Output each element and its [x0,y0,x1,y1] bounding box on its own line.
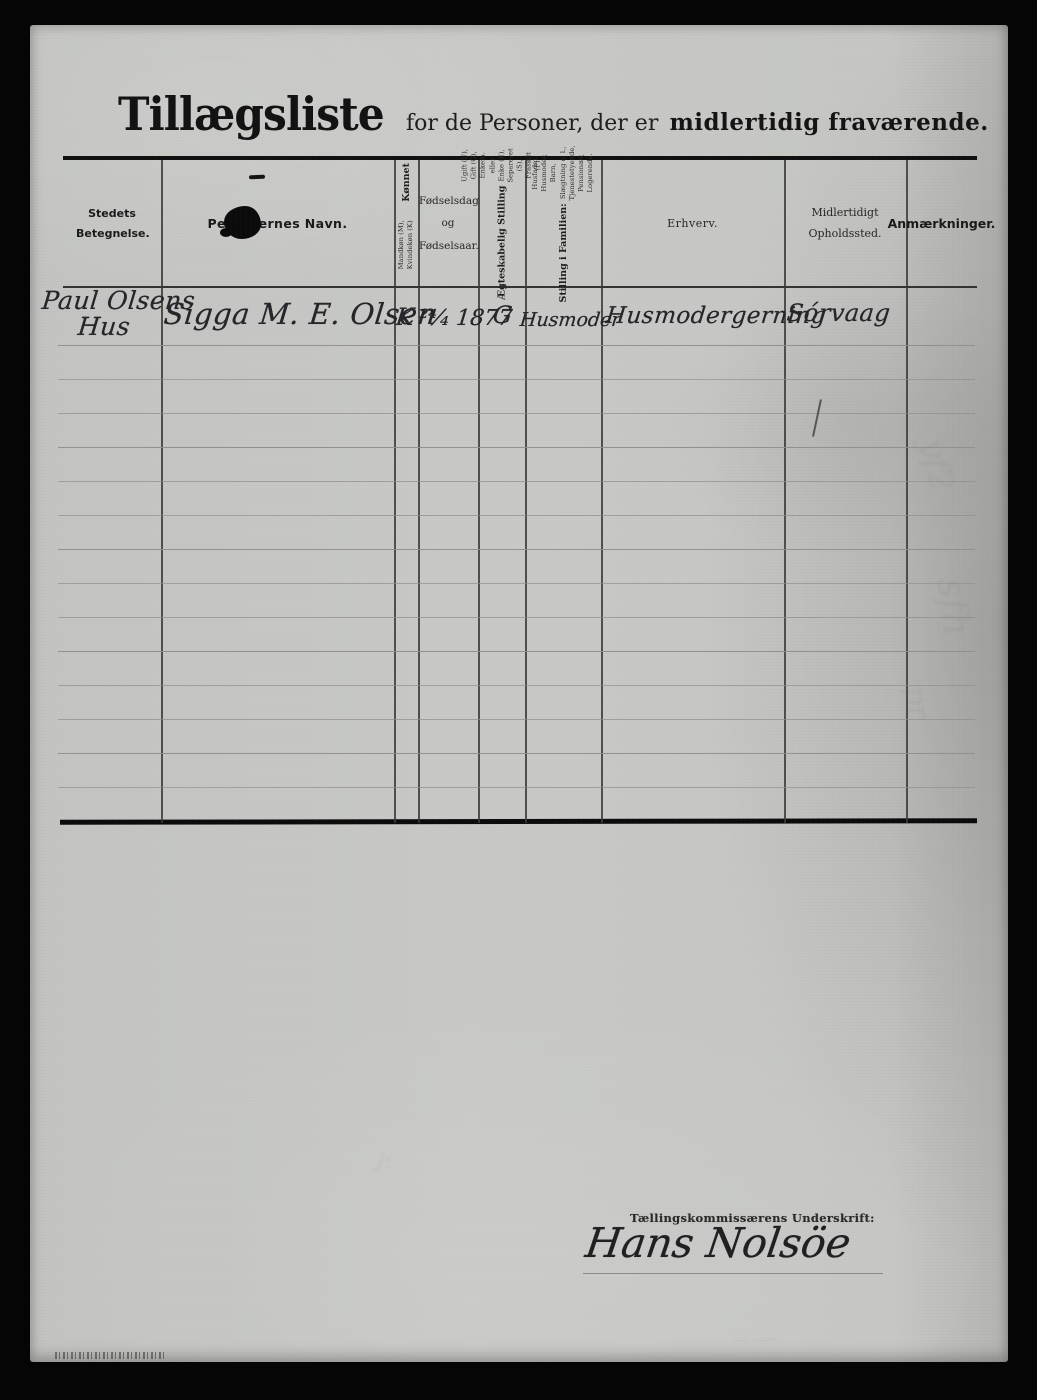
column-header-kon-label: Kønnet [401,163,412,202]
row-rule-line [58,447,975,448]
title-main: Tillægsliste [118,87,384,141]
column-header-erhverv-label: Erhverv. [667,217,718,230]
row-rule-line [58,719,975,720]
column-header-stilling: Stilling i Familien: Husfader, Husmoder,… [525,161,601,286]
column-header-ophold-label: Midlertidigt Opholdssted. [799,203,891,245]
row-rule-line [58,651,975,652]
commissioner-signature: Hans Nolsöe [583,1219,854,1267]
column-header-sted-label: Stedets Betegnelse. [76,204,148,244]
stray-dash-mark [249,175,265,180]
row-rule-line [58,413,975,414]
row-rule-line [58,481,975,482]
row-rule-line [58,549,975,550]
column-header-erhverv: Erhverv. [601,161,784,286]
column-header-anm-label: Anmærkninger. [888,216,996,231]
scan-background: Tillægsliste for de Personer, der er mid… [0,0,1037,1400]
bleed-through-ghost: yf2 [912,435,962,496]
row-rule-line [58,787,975,788]
column-header-aegteskab-label: Ægteskabelig Stilling [496,185,507,299]
entry-place-line2: Hus [76,312,131,341]
row-rule-line [58,753,975,754]
row-rule-line [58,583,975,584]
column-header-anm: Anmærkninger. [906,161,977,286]
table-bottom-rule [60,818,977,825]
row-rule-line [58,685,975,686]
signature-underline [583,1273,883,1274]
header-bottom-rule [63,286,977,288]
title-subtitle-bold: midlertidig fraværende. [669,109,988,136]
bleed-through-ghost: pr [897,683,937,722]
row-rule-line [58,617,975,618]
bleed-through-ghost: sfh [929,576,979,638]
stray-pen-mark [812,399,822,437]
ink-blot [224,206,261,239]
row-rule-line [58,515,975,516]
entry-marital-status: G [492,301,515,329]
row-rule-line [58,379,975,380]
row-rule-line [58,345,975,346]
entry-temporary-residence: Sórvaag [786,299,892,327]
page-title: Tillægsliste for de Personer, der er mid… [118,87,989,141]
census-form-page: Tillægsliste for de Personer, der er mid… [30,25,1008,1362]
column-header-sted: Stedets Betegnelse. [63,161,161,286]
column-header-navn: Personernes Navn. [161,161,394,286]
bleed-through-ghost: ,/: [368,1149,393,1177]
title-subtitle: for de Personer, der er [406,111,658,136]
printer-imprint [55,1352,167,1359]
column-header-kon-sub: Mandkøn (M), Kvindekøn (K) [397,204,415,284]
bleed-through-ghost: ~— [729,1323,779,1357]
column-header-stilling-sub: Husfader, Husmoder, Barn, Slægtning o. l… [531,145,595,200]
column-header-stilling-label: Stilling i Familien: [557,203,568,302]
column-header-kon: Mandkøn (M), Kvindekøn (K) Kønnet [394,161,418,286]
entry-gender: K [395,303,416,331]
column-header-aegteskab: Ægteskabelig Stilling Ugift (U), Gift (G… [478,161,525,286]
